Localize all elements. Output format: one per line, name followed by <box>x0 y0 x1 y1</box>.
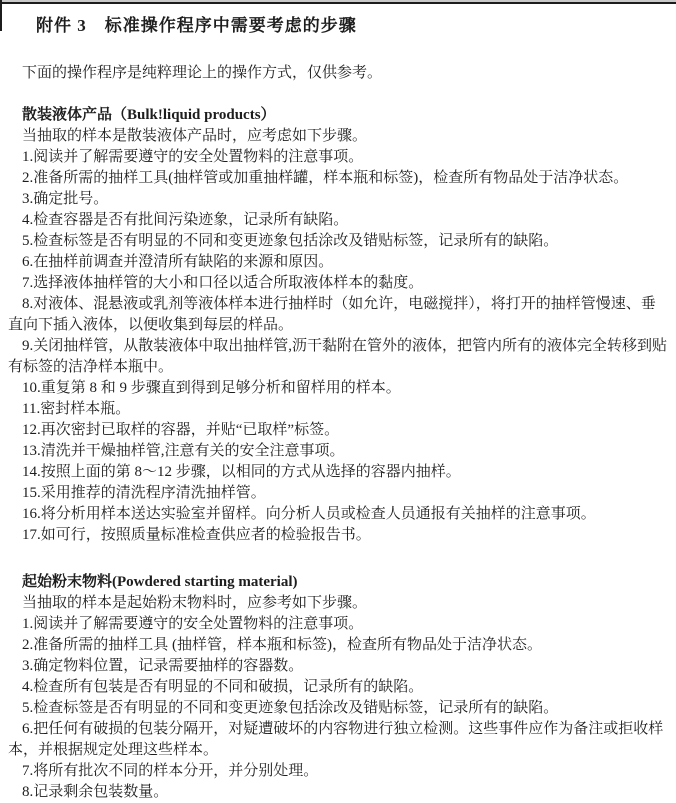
section-lead: 当抽取的样本是散装液体产品时，应考虑如下步骤。 <box>8 126 668 147</box>
step-paragraph: 7.将所有批次不同的样本分开，并分别处理。 <box>8 761 668 782</box>
step-paragraph: 8.记录剩余包装数量。 <box>8 782 668 803</box>
page-title: 附件 3 标准操作程序中需要考虑的步骤 <box>8 14 668 38</box>
step-paragraph: 8.对液体、混悬液或乳剂等液体样本进行抽样时（如允许，电磁搅拌），将打开的抽样管… <box>8 294 668 336</box>
step-paragraph: 14.按照上面的第 8～12 步骤，以相同的方式从选择的容器内抽样。 <box>8 462 668 483</box>
step-paragraph: 4.检查容器是否有批间污染迹象，记录所有缺陷。 <box>8 210 668 231</box>
section-lead: 当抽取的样本是起始粉末物料时，应参考如下步骤。 <box>8 593 668 614</box>
intro-paragraph: 下面的操作程序是纯粹理论上的操作方式，仅供参考。 <box>8 63 668 84</box>
document-page: 附件 3 标准操作程序中需要考虑的步骤 下面的操作程序是纯粹理论上的操作方式，仅… <box>0 0 676 803</box>
page-left-rule-stub <box>0 0 2 31</box>
step-paragraph: 1.阅读并了解需要遵守的安全处置物料的注意事项。 <box>8 147 668 168</box>
steps-list: 1.阅读并了解需要遵守的安全处置物料的注意事项。2.准备所需的抽样工具 (抽样管… <box>8 614 668 803</box>
step-paragraph: 4.检查所有包装是否有明显的不同和破损，记录所有的缺陷。 <box>8 677 668 698</box>
step-paragraph: 3.确定物料位置，记录需要抽样的容器数。 <box>8 656 668 677</box>
section-bulk-liquid-products: 散装液体产品（Bulk!liquid products） 当抽取的样本是散装液体… <box>8 105 668 546</box>
step-paragraph: 2.准备所需的抽样工具(抽样管或加重抽样罐，样本瓶和标签)，检查所有物品处于洁净… <box>8 168 668 189</box>
step-paragraph: 12.再次密封已取样的容器，并贴“已取样”标签。 <box>8 420 668 441</box>
steps-list: 1.阅读并了解需要遵守的安全处置物料的注意事项。2.准备所需的抽样工具(抽样管或… <box>8 147 668 546</box>
step-paragraph: 1.阅读并了解需要遵守的安全处置物料的注意事项。 <box>8 614 668 635</box>
step-paragraph: 10.重复第 8 和 9 步骤直到得到足够分析和留样用的样本。 <box>8 378 668 399</box>
step-paragraph: 9.关闭抽样管，从散装液体中取出抽样管,沥干黏附在管外的液体，把管内所有的液体完… <box>8 336 668 378</box>
step-paragraph: 6.把任何有破损的包装分隔开，对疑遭破坏的内容物进行独立检测。这些事件应作为备注… <box>8 719 668 761</box>
step-paragraph: 11.密封样本瓶。 <box>8 399 668 420</box>
step-paragraph: 5.检查标签是否有明显的不同和变更迹象包括涂改及错贴标签，记录所有的缺陷。 <box>8 231 668 252</box>
step-paragraph: 5.检查标签是否有明显的不同和变更迹象包括涂改及错贴标签，记录所有的缺陷。 <box>8 698 668 719</box>
step-paragraph: 17.如可行，按照质量标准检查供应者的检验报告书。 <box>8 525 668 546</box>
section-powdered-starting-material: 起始粉末物料(Powdered starting material) 当抽取的样… <box>8 572 668 803</box>
step-paragraph: 15.采用推荐的清洗程序清洗抽样管。 <box>8 483 668 504</box>
page-top-rule <box>0 2 676 4</box>
step-paragraph: 6.在抽样前调查并澄清所有缺陷的来源和原因。 <box>8 252 668 273</box>
step-paragraph: 16.将分析用样本送达实验室并留样。向分析人员或检查人员通报有关抽样的注意事项。 <box>8 504 668 525</box>
step-paragraph: 2.准备所需的抽样工具 (抽样管，样本瓶和标签)，检查所有物品处于洁净状态。 <box>8 635 668 656</box>
section-heading: 起始粉末物料(Powdered starting material) <box>8 572 668 593</box>
step-paragraph: 13.清洗并干燥抽样管,注意有关的安全注意事项。 <box>8 441 668 462</box>
step-paragraph: 7.选择液体抽样管的大小和口径以适合所取液体样本的黏度。 <box>8 273 668 294</box>
section-heading: 散装液体产品（Bulk!liquid products） <box>8 105 668 126</box>
step-paragraph: 3.确定批号。 <box>8 189 668 210</box>
